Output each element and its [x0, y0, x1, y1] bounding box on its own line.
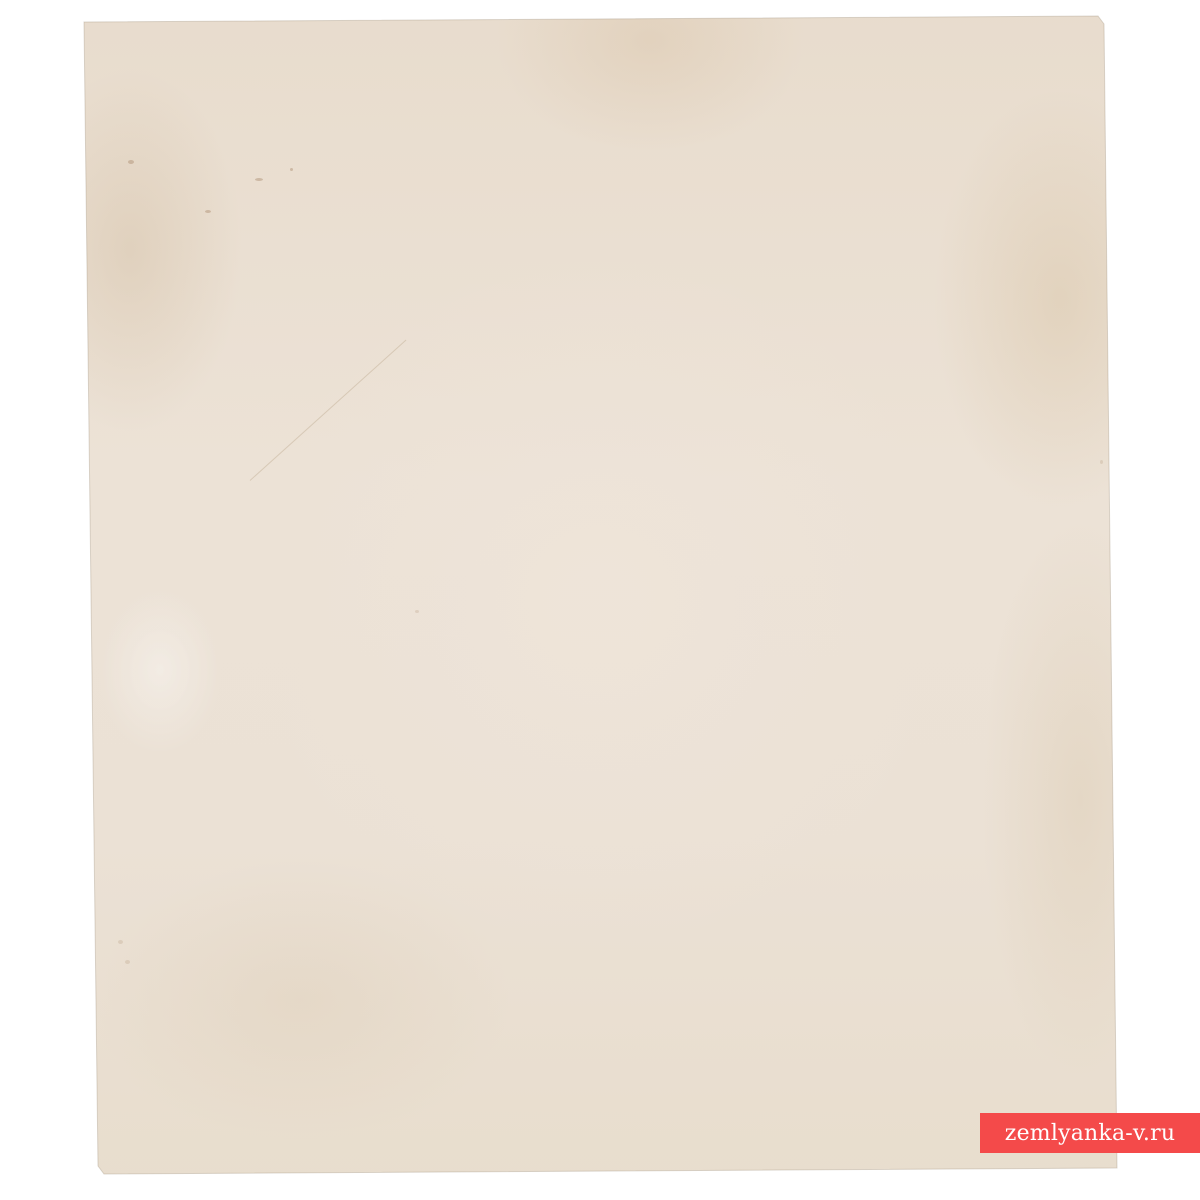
paper-scratch: [250, 340, 407, 481]
watermark-badge: zemlyanka-v.ru: [980, 1113, 1200, 1153]
aged-paper-sheet: [0, 0, 1200, 1200]
paper-stain: [125, 960, 130, 964]
paper-stain: [118, 940, 123, 944]
paper-stain: [255, 178, 263, 181]
paper-stain: [205, 210, 211, 213]
paper-crease: [100, 560, 280, 780]
watermark-text: zemlyanka-v.ru: [1005, 1121, 1175, 1146]
paper-stain: [1100, 460, 1103, 464]
paper-stain: [415, 610, 419, 613]
photo-stage: zemlyanka-v.ru: [0, 0, 1200, 1200]
paper-stain: [128, 160, 134, 164]
paper-stain: [290, 168, 293, 171]
